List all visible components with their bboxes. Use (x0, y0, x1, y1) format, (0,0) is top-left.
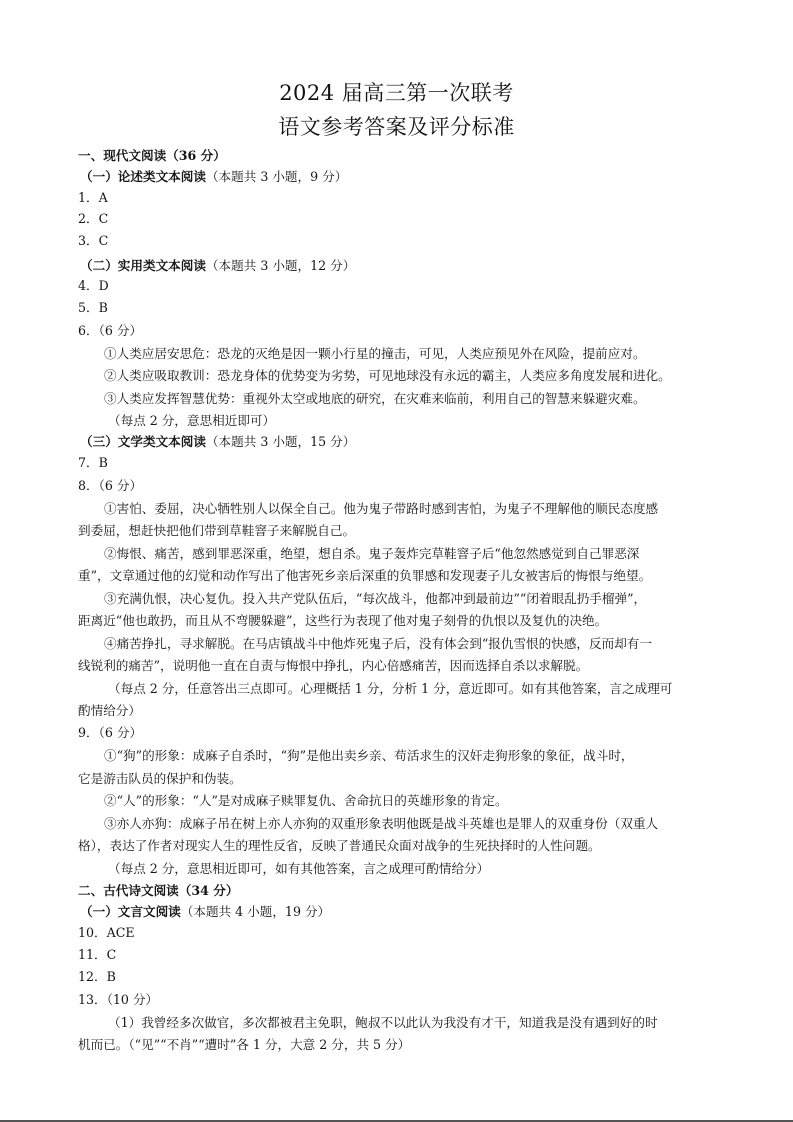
part-heading-note: （本题共 3 小题，9 分） (206, 169, 347, 184)
question-8-scoring-cont: 酌情给分） (78, 703, 141, 719)
question-13-label: 13．（10 分） (78, 992, 158, 1008)
question-8-line: ③充满仇恨，决心复仇。投入共产党队伍后，“每次战斗，他都冲到最前边”“闭着眼乱扔… (104, 591, 646, 607)
part-heading-note: （本题共 3 小题，15 分） (206, 434, 355, 449)
document-subtitle: 语文参考答案及评分标准 (0, 114, 793, 140)
answer-10: 10．ACE (78, 925, 135, 941)
question-9-line: ①“狗”的形象：成麻子自杀时，“狗”是他出卖乡亲、苟活求生的汉奸走狗形象的象征，… (104, 748, 634, 764)
section-heading-classical-reading: 二、古代诗文阅读（34 分） (78, 883, 238, 899)
question-9-line: ③亦人亦狗：成麻子吊在树上亦人亦狗的双重形象表明他既是战斗英雄也是罪人的双重身份… (104, 816, 658, 832)
question-8-line: 距离近“他也敢扔，而且从不弯腰躲避”，这些行为表现了他对鬼子刻骨的仇恨以及复仇的… (78, 613, 607, 629)
question-8-line: 到委屈，想赶快把他们带到草鞋窨子来解脱自己。 (78, 523, 355, 539)
part-heading-note: （本题共 3 小题，12 分） (206, 258, 355, 273)
answer-4: 4．D (78, 278, 109, 294)
part-heading-literary: （三）文学类文本阅读（本题共 3 小题，15 分） (80, 434, 355, 450)
part-heading-title: （三）文学类文本阅读 (80, 434, 206, 449)
question-6-point-3: ③人类应发挥智慧优势：重视外太空或地底的研究，在灾难来临前，利用自己的智慧来躲避… (104, 391, 646, 407)
answer-12: 12．B (78, 969, 116, 985)
question-8-line: 线锐利的痛苦”，说明他一直在自责与悔恨中挣扎，内心倍感痛苦，因而选择自杀以求解脱… (78, 658, 588, 674)
part-heading-argumentative: （一）论述类文本阅读（本题共 3 小题，9 分） (80, 169, 347, 185)
question-9-label: 9．（6 分） (78, 725, 142, 741)
part-heading-title: （一）论述类文本阅读 (80, 169, 206, 184)
part-heading-note: （本题共 4 小题，19 分） (181, 904, 330, 919)
question-8-line: ②悔恨、痛苦，感到罪恶深重，绝望，想自杀。鬼子轰炸完草鞋窨子后“他忽然感觉到自己… (104, 546, 639, 562)
answer-2: 2．C (78, 211, 108, 227)
question-8-line: ①害怕、委屈，决心牺牲别人以保全自己。他为鬼子带路时感到害怕，为鬼子不理解他的顺… (104, 501, 658, 517)
question-6-scoring: （每点 2 分，意思相近即可） (108, 413, 275, 429)
part-heading-title: （一）文言文阅读 (80, 904, 181, 919)
question-8-line: 重”，文章通过他的幻觉和动作写出了他害死乡亲后深重的负罪感和发现妻子儿女被害后的… (78, 568, 651, 584)
answer-5: 5．B (78, 300, 108, 316)
answer-3: 3．C (78, 233, 108, 249)
question-6-label: 6．（6 分） (78, 323, 142, 339)
question-6-point-1: ①人类应居安思危：恐龙的灭绝是因一颗小行星的撞击，可见，人类应预见外在风险，提前… (104, 346, 646, 362)
answer-7: 7．B (78, 455, 108, 471)
question-6-point-2: ②人类应吸取教训：恐龙身体的优势变为劣势，可见地球没有永远的霸主，人类应多角度发… (104, 368, 671, 384)
question-8-label: 8．（6 分） (78, 478, 142, 494)
question-9-scoring: （每点 2 分，意思相近即可，如有其他答案，言之成理可酌情给分） (108, 861, 489, 877)
answer-11: 11．C (78, 947, 116, 963)
question-13-line: （1）我曾经多次做官，多次都被君主免职，鲍叔不以此认为我没有才干，知道我是没有遇… (108, 1015, 658, 1031)
question-8-scoring: （每点 2 分，任意答出三点即可。心理概括 1 分，分析 1 分，意近即可。如有… (108, 681, 672, 697)
answer-1: 1．A (78, 190, 108, 206)
answer-key-page: 2024 届高三第一次联考 语文参考答案及评分标准 一、现代文阅读（36 分） … (0, 0, 793, 1122)
part-heading-classical-prose: （一）文言文阅读（本题共 4 小题，19 分） (80, 904, 330, 920)
part-heading-title: （二）实用类文本阅读 (80, 258, 206, 273)
part-heading-practical: （二）实用类文本阅读（本题共 3 小题，12 分） (80, 258, 355, 274)
document-title: 2024 届高三第一次联考 (0, 80, 793, 106)
question-9-line: 它是游击队员的保护和伪装。 (78, 771, 242, 787)
question-9-line: 格），表达了作者对现实人生的理性反省，反映了普通民众面对战争的生死抉择时的人性问… (78, 838, 601, 854)
question-9-line: ②“人”的形象：“人”是对成麻子赎罪复仇、舍命抗日的英雄形象的肯定。 (104, 793, 508, 809)
question-8-line: ④痛苦挣扎，寻求解脱。在马店镇战斗中他炸死鬼子后，没有体会到“报仇雪恨的快感，反… (104, 636, 652, 652)
question-13-line: 机而已。（“见”“不肖”“遭时”各 1 分，大意 2 分，共 5 分） (78, 1037, 410, 1053)
section-heading-modern-reading: 一、现代文阅读（36 分） (78, 148, 226, 164)
